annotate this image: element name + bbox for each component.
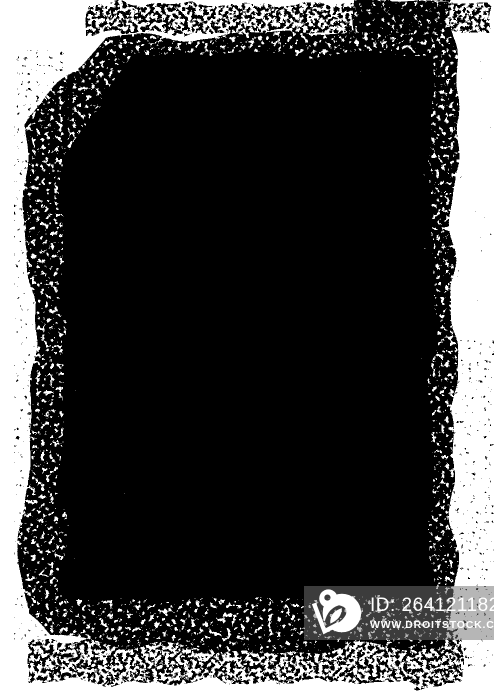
- watermark-url: WWW.DROITSTOCK.COM: [370, 620, 494, 631]
- watermark-text-block: ID: 2641211825 WWW.DROITSTOCK.COM: [370, 596, 494, 631]
- chameleon-logo-icon: [310, 586, 368, 640]
- watermark-bar: ID: 2641211825 WWW.DROITSTOCK.COM: [304, 586, 494, 640]
- texture-core-center: [150, 90, 420, 530]
- watermark-id: ID: 2641211825: [370, 596, 494, 615]
- stock-photo-canvas: ID: 2641211825 WWW.DROITSTOCK.COM: [0, 0, 494, 700]
